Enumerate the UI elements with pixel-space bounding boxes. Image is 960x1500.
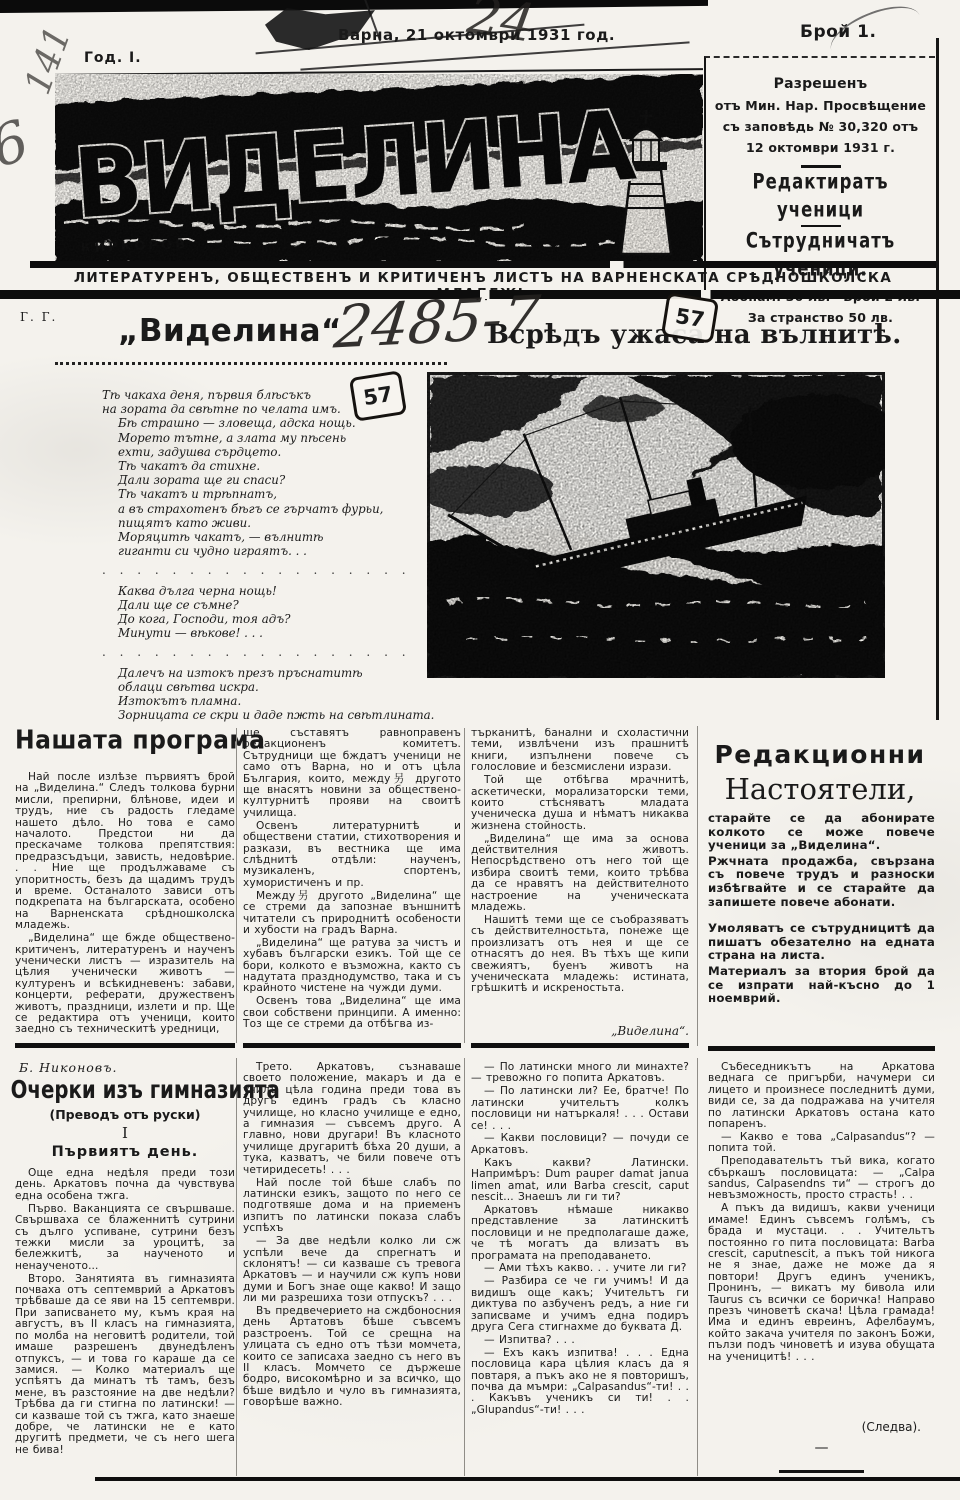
program-column-3: търканитѣ, банални и схоластични теми, и… <box>471 728 689 1024</box>
paragraph: — По латински много ли минахте? — тревож… <box>471 1062 689 1085</box>
permit-line: 12 октомври 1931 г. <box>706 137 935 158</box>
paragraph: „Виделина“ ще бжде обществено-критиченъ,… <box>15 933 235 1036</box>
article-headline-videlina: „Виделина“ <box>118 313 342 349</box>
essay-column-1: Б. Никоновъ. Очерки изъ гимназията (Прев… <box>15 1060 235 1468</box>
program-title: Нашата програма <box>15 726 265 755</box>
issue-label: Брой 1. <box>800 22 876 42</box>
paragraph: „Виделина“ ще ратува за чистъ и хубавъ б… <box>243 938 461 995</box>
paragraph: Още една недѣля преди този день. Аркатов… <box>15 1168 235 1202</box>
paragraph: Дали зората ще ги спаси? <box>118 473 437 487</box>
essay-chapter-title: Първиятъ день. <box>15 1144 235 1160</box>
paragraph: Морето тътне, а злата му пѣсень <box>118 431 437 445</box>
newspaper-page: 24 6 141 Год. I. Варна, 21 октомври 1931… <box>0 0 960 1500</box>
section-rule <box>243 1043 461 1048</box>
article-signature: „Виделина“. <box>471 1024 695 1038</box>
paragraph: Тѣ чакатъ да стихне. <box>118 459 437 473</box>
paragraph: старайте се да абонирате колкото се може… <box>708 812 935 853</box>
dots-divider: . . . . . . . . . . . . . . . . . . <box>102 563 437 577</box>
paragraph: — За две недѣли колко ли сж успѣли вече … <box>243 1236 461 1304</box>
paragraph: Тѣ чакатъ и трѣпнатъ, <box>118 487 437 501</box>
scan-edge-top <box>0 0 708 13</box>
permit-line: отъ Мин. Нар. Просвѣщение <box>706 95 935 116</box>
paragraph: Между另 другото „Виделина“ ще се стреми д… <box>243 891 461 937</box>
dots-divider: . . . . . . . . . . . . . . . . . . <box>102 645 437 659</box>
permit-infobox: Разрешенъ отъ Мин. Нар. Просвѣщение съ з… <box>704 56 935 291</box>
column-rule <box>236 1058 237 1476</box>
paragraph: Освенъ литературнитѣ и обществени статии… <box>243 821 461 889</box>
paragraph: Изтокътъ пламна. <box>118 694 437 708</box>
paragraph: Моряцитѣ чакатъ, — вълнитѣ <box>118 530 437 544</box>
section-rule <box>708 1046 935 1051</box>
paragraph: — Ехъ какъ изпитва! . . . Една пословица… <box>471 1348 689 1416</box>
paragraph: — Ами тѣхъ какво. . . учите ли ги? <box>471 1263 689 1274</box>
handwriting-left: 6 <box>0 108 37 181</box>
column-rule <box>697 1058 698 1476</box>
essay-author: Б. Никоновъ. <box>19 1060 235 1075</box>
essay-part-number: I <box>15 1124 235 1142</box>
paragraph: търканитѣ, банални и схоластични теми, и… <box>471 728 689 774</box>
paragraph: Минути — вѣкове! . . . <box>118 626 437 640</box>
essay-title: Очерки изъ гимназията <box>11 1076 240 1105</box>
rule-thick <box>30 261 936 268</box>
program-column-2: ще съставятъ равноправенъ редакционенъ к… <box>243 728 461 1040</box>
to-be-continued: (Следва). <box>708 1420 935 1434</box>
paragraph: А пъкъ да видишъ, какви ученици имаме! Е… <box>708 1203 935 1363</box>
program-column-1: Най после излѣзе първиятъ брой на „Видел… <box>15 772 235 1040</box>
paragraph: Ржчната продажба, свързана съ повече тру… <box>708 855 935 909</box>
paragraph: Материалъ за втория брой да се изпрати н… <box>708 965 935 1006</box>
paragraph: на зората да свѣтне по челата имъ. <box>102 402 437 416</box>
paragraph: ехти, задушва сърдцето. <box>118 445 437 459</box>
permit-line: съ заповѣдь № 30,320 отъ <box>706 116 935 137</box>
poem: Тѣ чакаха деня, първия блѣсъкъна зората … <box>102 388 437 722</box>
column-rule <box>464 1058 465 1476</box>
essay-column-4: Събеседникътъ на Аркатова веднага се при… <box>708 1062 935 1473</box>
editorial-title: Редакционни <box>706 740 934 769</box>
column-rule <box>464 728 465 1043</box>
essay-subtitle: (Преводъ отъ руски) <box>15 1107 235 1122</box>
paragraph: Умоляватъ се сътрудницитѣ да пишатъ обез… <box>708 922 935 963</box>
permit-line: Разрешенъ <box>706 74 935 95</box>
paragraph: Най после излѣзе първиятъ брой на „Видел… <box>15 772 235 932</box>
section-rule <box>471 1043 689 1048</box>
paragraph: Аркатовъ нѣмаше никакво представление за… <box>471 1205 689 1262</box>
stamp-number: 57 <box>674 304 707 332</box>
library-stamp: 57 <box>661 292 719 344</box>
essay-text: Още една недѣля преди този день. Аркатов… <box>15 1168 235 1468</box>
dotted-rule <box>55 362 447 365</box>
poem-stanza: Каква дълга черна нощь!Дали ще се съмне?… <box>102 584 437 641</box>
paragraph: Дали ще се съмне? <box>118 598 437 612</box>
dash-ornament: — <box>708 1440 935 1456</box>
scan-edge-right <box>936 38 939 720</box>
paragraph: — По латински ли? Ее, братче! По латинск… <box>471 1086 689 1132</box>
column-rule <box>697 726 698 1046</box>
paragraph: — Изпитва? . . . <box>471 1335 689 1346</box>
masthead-banner-illustration: ВИДЕЛИНА КИРКОРОВ <box>55 74 703 262</box>
paragraph: а въ страхотенъ бѣгъ се гърчатъ фурьи, <box>118 502 437 516</box>
poem-stanza: Далечъ на изтокъ презъ пръснатитѣоблаци … <box>102 666 437 723</box>
paragraph: Най после той бѣше слабъ по латински ези… <box>243 1178 461 1235</box>
margin-initials: Г. Г. <box>20 310 57 324</box>
end-rule <box>779 1470 864 1473</box>
paragraph: Той ще отбѣгва мрачнитѣ, аскетически, мо… <box>471 775 689 832</box>
paragraph: пищятъ като живи. <box>118 516 437 530</box>
paragraph: — Разбира се че ги учимъ! И да видишъ ощ… <box>471 1276 689 1333</box>
paragraph: Тѣ чакаха деня, първия блѣсъкъ <box>102 388 437 402</box>
column-rule <box>236 728 237 1043</box>
paragraph: Бѣ страшно — зловеща, адска нощь. <box>118 416 437 430</box>
poem-stanza: Тѣ чакаха деня, първия блѣсъкъна зората … <box>102 388 437 558</box>
paragraph: Зорницата се скри и даде пжть на свѣтлин… <box>118 708 437 722</box>
paragraph: Преподавательтъ тъй вика, когато сбъркаш… <box>708 1156 935 1202</box>
section-rule <box>15 1043 235 1048</box>
essay-column-3: — По латински много ли минахте? — тревож… <box>471 1062 689 1476</box>
date-line: Варна, 21 октомври 1931 год. <box>338 26 615 44</box>
paragraph: „Виделина“ ще има за основа действителни… <box>471 834 689 914</box>
edited-by-line: Редактиратъ ученици <box>706 167 935 223</box>
paragraph: гиганти си чудно играятъ. . . <box>118 544 437 558</box>
editorial-subtitle: Настоятели, <box>706 772 934 806</box>
paragraph: облаци свѣтва искра. <box>118 680 437 694</box>
paragraph: — Какво е това „Calpasandus“? — попита т… <box>708 1132 935 1155</box>
essay-text: Събеседникътъ на Аркатова веднага се при… <box>708 1062 935 1412</box>
paragraph: До кога, Господи, тоя адъ? <box>118 612 437 626</box>
paragraph: Второ. Занятията въ гимназията почваха о… <box>15 1274 235 1457</box>
essay-column-2: Трето. Аркатовъ, съзнаваше своето положе… <box>243 1062 461 1476</box>
paragraph: Първо. Ваканцията се свършваше. Свършвах… <box>15 1204 235 1272</box>
scan-edge-bottom <box>95 1477 960 1481</box>
paragraph: — Какви пословици? — почуди се Аркатовъ. <box>471 1133 689 1156</box>
paragraph: Нашитѣ теми ще се съобразяватъ съ действ… <box>471 915 689 995</box>
paragraph: Какъ какви? Латински. Напримѣръ: Dum pau… <box>471 1158 689 1204</box>
paragraph: Далечъ на изтокъ презъ пръснатитѣ <box>118 666 437 680</box>
volume-label: Год. I. <box>84 50 142 66</box>
paragraph: Трето. Аркатовъ, съзнаваше своето положе… <box>243 1062 461 1176</box>
paragraph: ще съставятъ равноправенъ редакционенъ к… <box>243 728 461 819</box>
paragraph: Въ предвечерието на сждбоносния день Арт… <box>243 1306 461 1409</box>
paragraph: Освенъ това „Виделина“ ще има свои собст… <box>243 996 461 1030</box>
paragraph: Събеседникътъ на Аркатова веднага се при… <box>708 1062 935 1130</box>
paragraph: Каква дълга черна нощь! <box>118 584 437 598</box>
storm-ship-photo <box>427 372 885 678</box>
editorial-notice: старайте се да абонирате колкото се може… <box>708 812 935 1040</box>
